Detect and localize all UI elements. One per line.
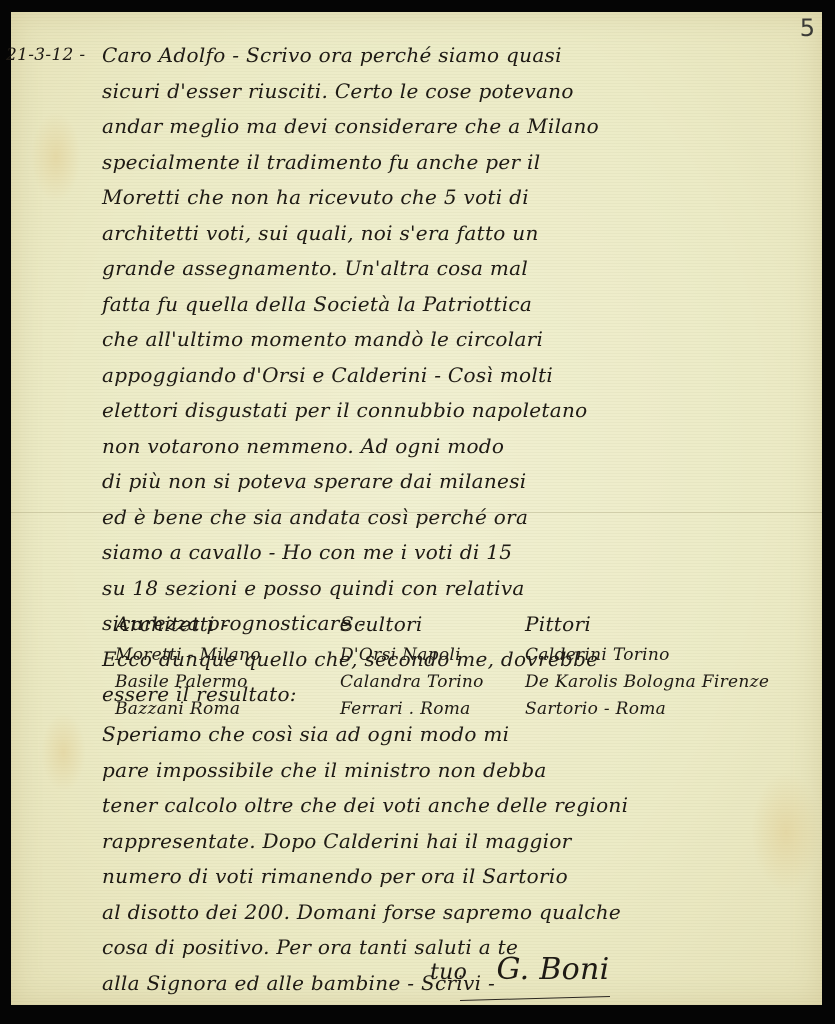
body-line: che all'ultimo momento mandò le circolar…	[102, 322, 792, 358]
signature-prefix: tuo	[430, 960, 467, 985]
table-cell: Moretti - Milano	[115, 642, 261, 669]
table-cell: Calderini Torino	[525, 642, 769, 669]
closing-line: rappresentate. Dopo Calderini hai il mag…	[102, 824, 792, 860]
column-header: Architetti -	[115, 612, 261, 642]
paper-stain	[41, 712, 86, 792]
closing-line: al disotto dei 200. Domani forse sapremo…	[102, 895, 792, 931]
signature-name: G. Boni	[496, 952, 609, 987]
body-line: specialmente il tradimento fu anche per …	[102, 145, 792, 181]
column-header: Pittori	[525, 612, 769, 642]
table-cell: De Karolis Bologna Firenze	[525, 669, 769, 696]
body-line: su 18 sezioni e posso quindi con relativ…	[102, 571, 792, 607]
body-line: grande assegnamento. Un'altra cosa mal	[102, 251, 792, 287]
body-line: andar meglio ma devi considerare che a M…	[102, 109, 792, 145]
signature: tuo G. Boni	[430, 952, 610, 987]
body-line: appoggiando d'Orsi e Calderini - Così mo…	[102, 358, 792, 394]
body-line: architetti voti, sui quali, noi s'era fa…	[102, 216, 792, 252]
table-cell: Calandra Torino	[340, 669, 484, 696]
body-line: sicuri d'esser riusciti. Certo le cose p…	[102, 74, 792, 110]
body-line: ed è bene che sia andata così perché ora	[102, 500, 792, 536]
table-cell: Basile Palermo	[115, 669, 261, 696]
column-scultori: Scultori D'Orsi Napoli Calandra Torino F…	[340, 612, 484, 723]
body-line: di più non si poteva sperare dai milanes…	[102, 464, 792, 500]
page-number: 5	[800, 14, 815, 42]
body-line: elettori disgustati per il connubbio nap…	[102, 393, 792, 429]
column-architetti: Architetti - Moretti - Milano Basile Pal…	[115, 612, 261, 723]
column-pittori: Pittori Calderini Torino De Karolis Bolo…	[525, 612, 769, 723]
body-line: fatta fu quella della Società la Patriot…	[102, 287, 792, 323]
body-line: non votarono nemmeno. Ad ogni modo	[102, 429, 792, 465]
column-header: Scultori	[340, 612, 484, 642]
letter-date: 21-3-12 -	[6, 45, 85, 65]
table-cell: D'Orsi Napoli	[340, 642, 484, 669]
closing-line: pare impossibile che il ministro non deb…	[102, 753, 792, 789]
body-line: siamo a cavallo - Ho con me i voti di 15	[102, 535, 792, 571]
closing-line: numero di voti rimanendo per ora il Sart…	[102, 859, 792, 895]
body-line: Moretti che non ha ricevuto che 5 voti d…	[102, 180, 792, 216]
paper-stain	[31, 112, 81, 202]
body-line: Caro Adolfo - Scrivo ora perché siamo qu…	[102, 38, 792, 74]
closing-line: tener calcolo oltre che dei voti anche d…	[102, 788, 792, 824]
closing-line: Speriamo che così sia ad ogni modo mi	[102, 717, 792, 753]
